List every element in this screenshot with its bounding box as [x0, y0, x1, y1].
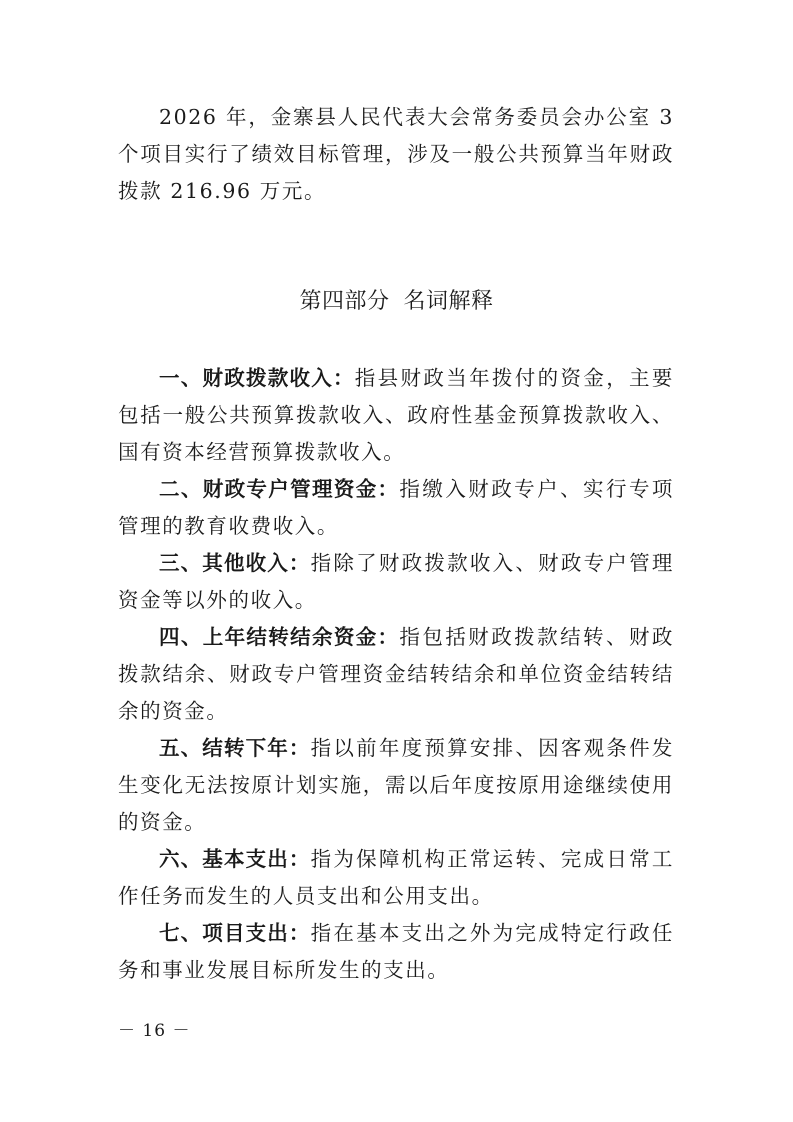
- section-title: 第四部分名词解释: [0, 284, 793, 315]
- page-number: － 16 －: [118, 1016, 190, 1041]
- definition-term: 六、基本支出：: [159, 847, 311, 871]
- definition-term: 四、上年结转结余资金：: [159, 625, 399, 649]
- definition-item: 四、上年结转结余资金：指包括财政拨款结转、财政拨款结余、财政专户管理资金结转结余…: [118, 619, 674, 730]
- definition-term: 二、财政专户管理资金：: [159, 477, 399, 501]
- definition-item: 六、基本支出：指为保障机构正常运转、完成日常工作任务而发生的人员支出和公用支出。: [118, 841, 674, 915]
- definition-item: 三、其他收入：指除了财政拨款收入、财政专户管理资金等以外的收入。: [118, 545, 674, 619]
- definition-item: 七、项目支出：指在基本支出之外为完成特定行政任务和事业发展目标所发生的支出。: [118, 915, 674, 989]
- definition-term: 一、财政拨款收入：: [159, 366, 355, 390]
- definitions-list: 一、财政拨款收入：指县财政当年拨付的资金，主要包括一般公共预算拨款收入、政府性基…: [118, 360, 674, 989]
- definition-item: 二、财政专户管理资金：指缴入财政专户、实行专项管理的教育收费收入。: [118, 471, 674, 545]
- definition-term: 七、项目支出：: [159, 921, 311, 945]
- intro-block: 2026 年，金寨县人民代表大会常务委员会办公室 3 个项目实行了绩效目标管理，…: [118, 99, 674, 210]
- definition-term: 三、其他收入：: [159, 551, 311, 575]
- section-title-part: 第四部分: [299, 284, 389, 315]
- definition-item: 五、结转下年：指以前年度预算安排、因客观条件发生变化无法按原计划实施，需以后年度…: [118, 730, 674, 841]
- definition-item: 一、财政拨款收入：指县财政当年拨付的资金，主要包括一般公共预算拨款收入、政府性基…: [118, 360, 674, 471]
- definition-term: 五、结转下年：: [159, 736, 311, 760]
- intro-paragraph: 2026 年，金寨县人民代表大会常务委员会办公室 3 个项目实行了绩效目标管理，…: [118, 99, 674, 210]
- section-title-name: 名词解释: [404, 284, 494, 315]
